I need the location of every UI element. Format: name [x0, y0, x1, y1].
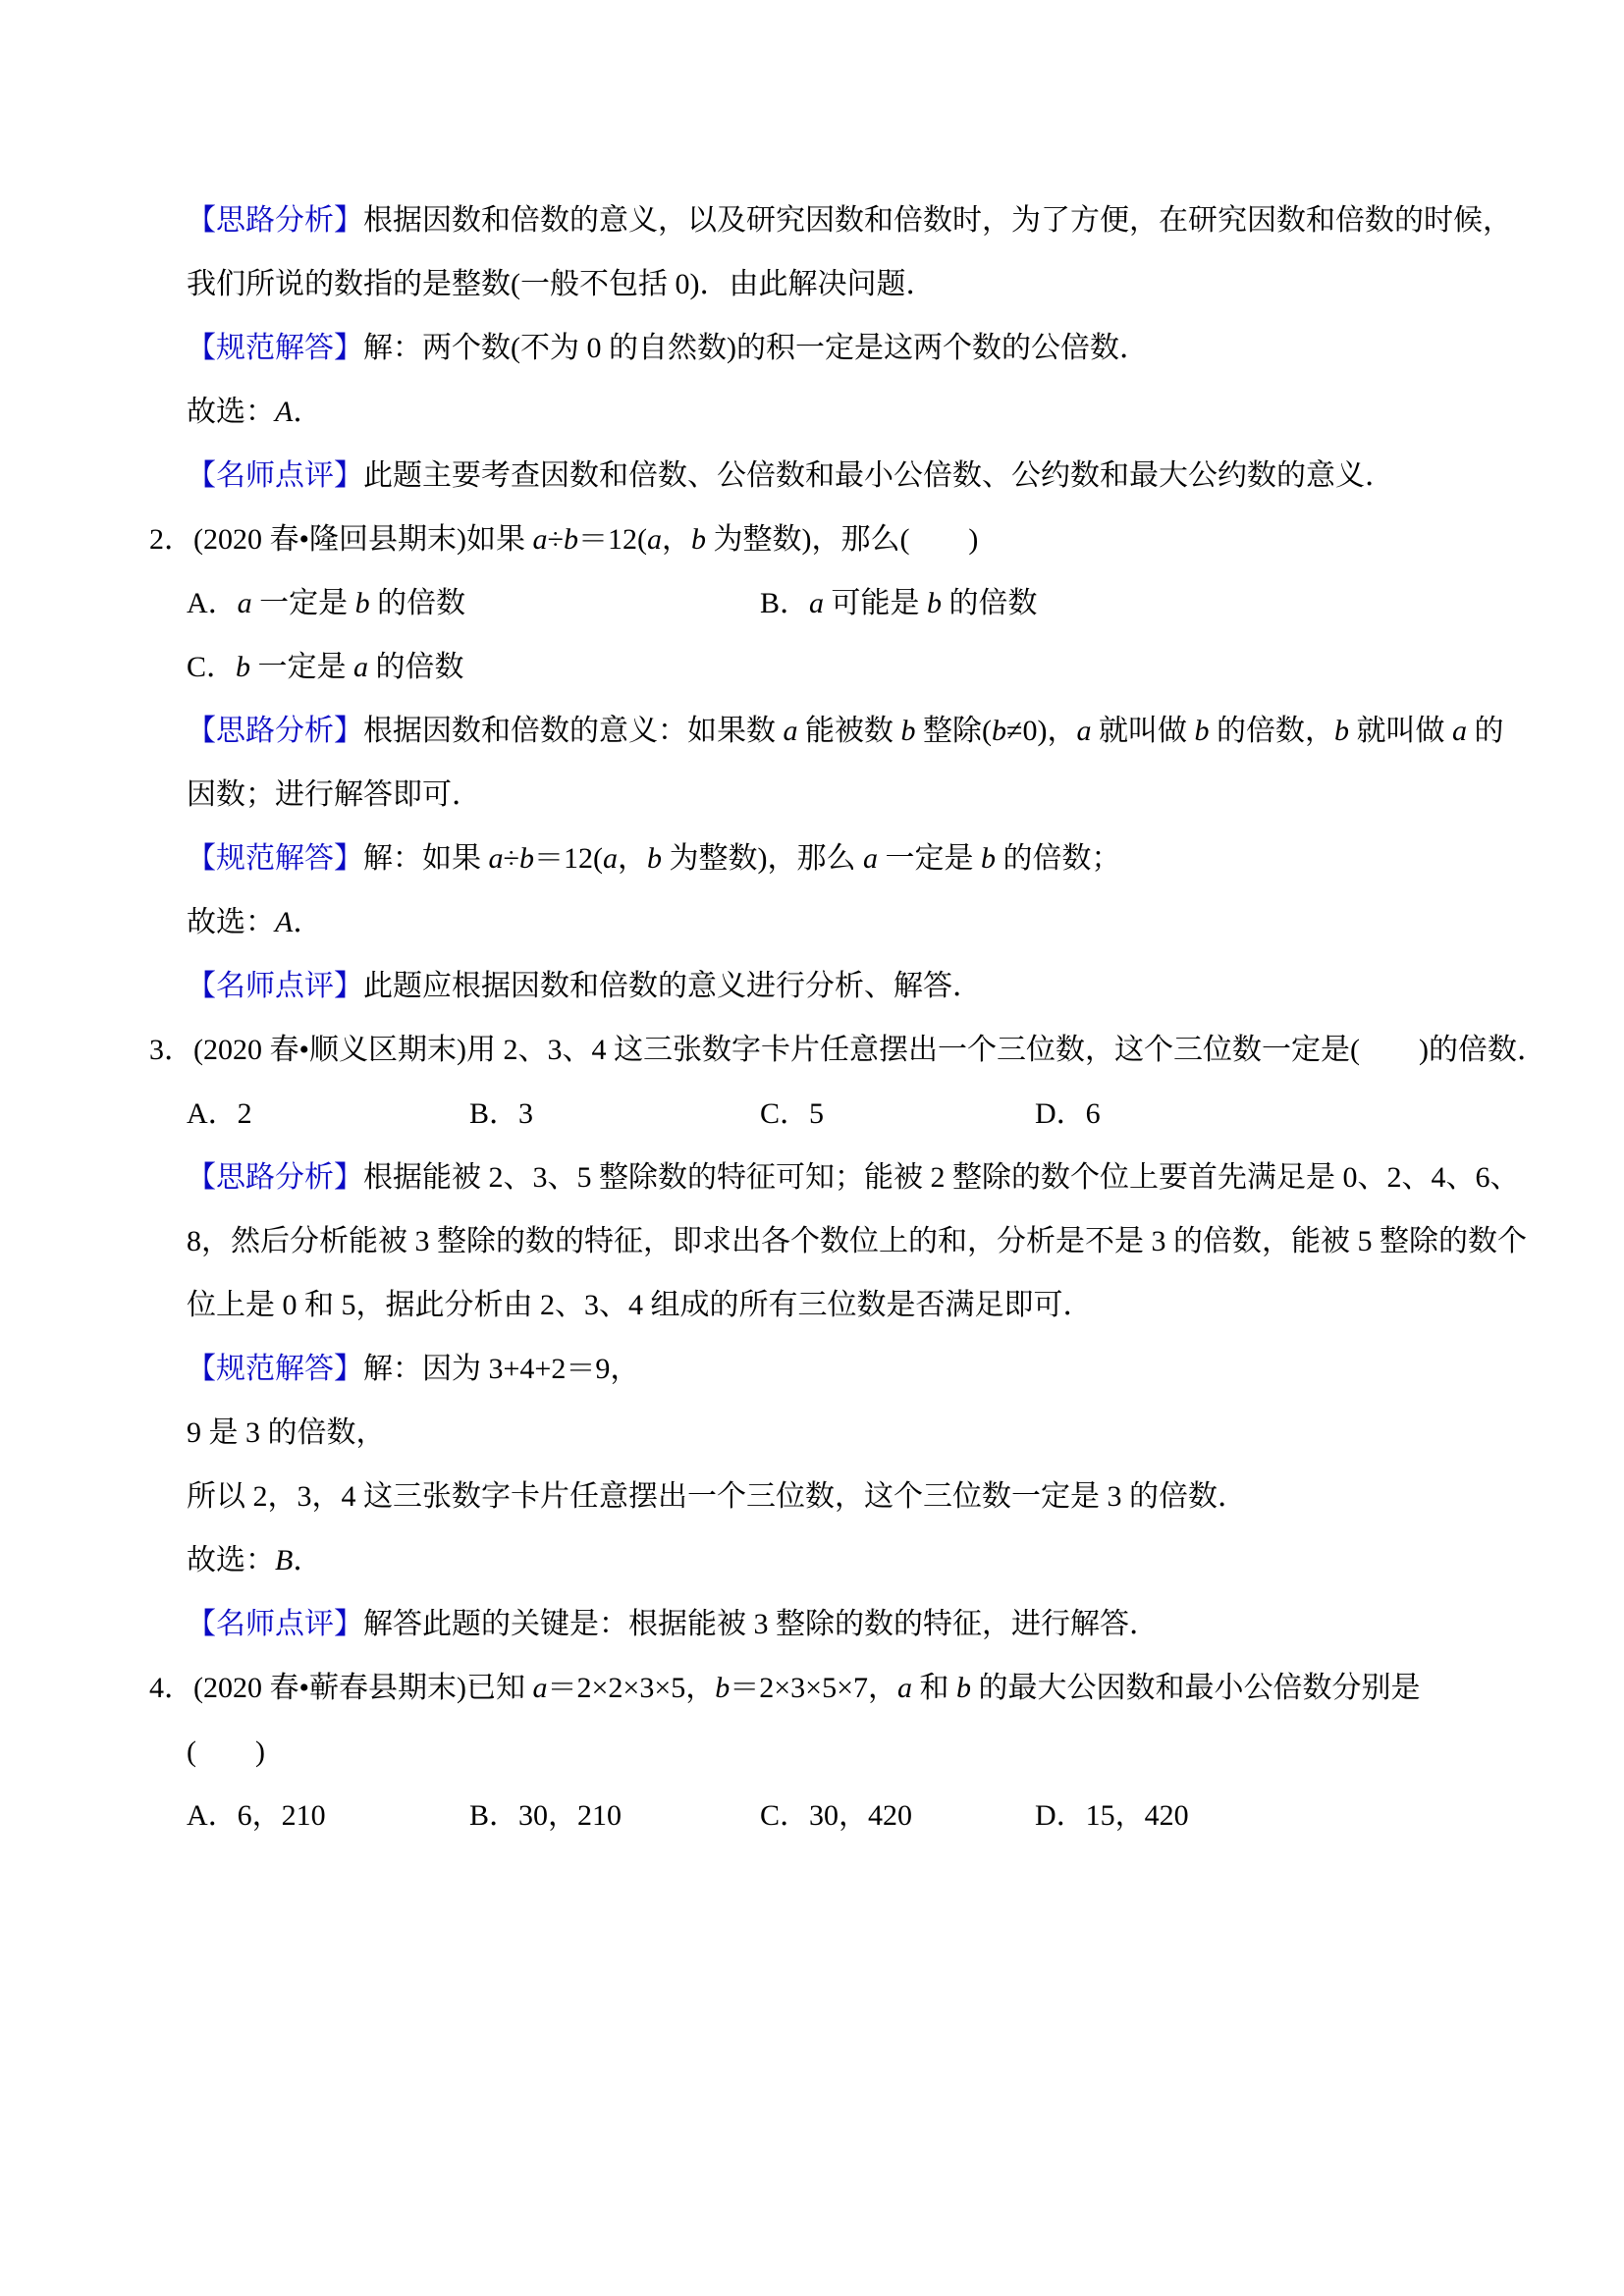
- text-run: 一定是: [878, 842, 981, 875]
- document-body: 【思路分析】根据因数和倍数的意义，以及研究因数和倍数时，为了方便，在研究因数和倍…: [0, 188, 1624, 1847]
- question-line: 4．(2020 春•蕲春县期末)已知 a＝2×2×3×5，b＝2×3×5×7，a…: [149, 1656, 1624, 1720]
- section-label: 【思路分析】: [187, 204, 363, 237]
- text-run: 此题应根据因数和倍数的意义进行分析、解答．: [363, 970, 982, 1002]
- choice-option: B．3: [469, 1082, 533, 1146]
- text-run: 的倍数: [370, 587, 466, 619]
- math-variable: a: [784, 715, 798, 747]
- doc-line: 【思路分析】根据因数和倍数的意义，以及研究因数和倍数时，为了方便，在研究因数和倍…: [187, 188, 1624, 252]
- doc-line: 故选：A．: [187, 380, 1624, 444]
- text-run: 可能是: [824, 587, 927, 619]
- choice-option: D．6: [1035, 1082, 1101, 1146]
- doc-line: 9 是 3 的倍数，: [187, 1401, 1624, 1465]
- text-run: 能被数: [798, 715, 901, 747]
- section-label: 【规范解答】: [187, 842, 363, 875]
- text-run: 8，然后分析能被 3 整除的数的特征，即求出各个数位上的和，分析是不是 3 的倍…: [187, 1225, 1527, 1257]
- choice-option: B．a 可能是 b 的倍数: [760, 571, 1038, 635]
- doc-line: 所以 2，3，4 这三张数字卡片任意摆出一个三位数，这个三位数一定是 3 的倍数…: [187, 1465, 1624, 1528]
- doc-line: 我们所说的数指的是整数(一般不包括 0)．由此解决问题．: [187, 252, 1624, 316]
- text-run: 就叫做: [1091, 715, 1194, 747]
- math-variable: A: [275, 906, 293, 938]
- question-line: 3．(2020 春•顺义区期末)用 2、3、4 这三张数字卡片任意摆出一个三位数…: [149, 1018, 1624, 1082]
- doc-line: ( ): [187, 1720, 1624, 1784]
- math-variable: b: [956, 1672, 971, 1704]
- math-variable: b: [1334, 715, 1349, 747]
- choice-option: A．2: [187, 1082, 252, 1146]
- math-variable: a: [532, 1672, 547, 1704]
- text-run: ( ): [187, 1735, 265, 1768]
- section-label: 【名师点评】: [187, 1608, 363, 1640]
- text-run: 解答此题的关键是：根据能被 3 整除的数的特征，进行解答．: [363, 1608, 1159, 1640]
- section-label: 【规范解答】: [187, 1353, 363, 1385]
- text-run: 的最大公因数和最小公倍数分别是: [971, 1672, 1421, 1704]
- section-label: 【思路分析】: [187, 1161, 363, 1194]
- text-run: 故选：: [187, 396, 275, 428]
- text-run: 为整数)，那么: [662, 842, 863, 875]
- math-variable: a: [603, 842, 618, 875]
- text-run: 解：因为 3+4+2＝9，: [363, 1353, 639, 1385]
- doc-line: 故选：B．: [187, 1528, 1624, 1592]
- text-run: 故选：: [187, 1544, 275, 1576]
- doc-line: 【思路分析】根据因数和倍数的意义：如果数 a 能被数 b 整除(b≠0)，a 就…: [187, 699, 1624, 763]
- choices-line: A．2B．3C．5D．6: [187, 1082, 1624, 1146]
- doc-line: 【规范解答】解：因为 3+4+2＝9，: [187, 1337, 1624, 1401]
- math-variable: b: [519, 842, 534, 875]
- math-variable: b: [981, 842, 996, 875]
- text-run: ．: [293, 1544, 322, 1576]
- text-run: 一定是: [252, 587, 355, 619]
- text-run: 的倍数，: [1209, 715, 1334, 747]
- text-run: D．15，420: [1035, 1799, 1189, 1832]
- math-variable: a: [353, 651, 368, 683]
- text-run: 我们所说的数指的是整数(一般不包括 0)．由此解决问题．: [187, 268, 935, 300]
- text-run: A．2: [187, 1097, 252, 1130]
- text-run: ≠0)，: [1006, 715, 1076, 747]
- math-variable: b: [691, 523, 706, 556]
- text-run: C．5: [760, 1097, 824, 1130]
- text-run: ＝2×2×3×5，: [547, 1672, 715, 1704]
- choice-option: C．5: [760, 1082, 824, 1146]
- text-run: 根据因数和倍数的意义，以及研究因数和倍数时，为了方便，在研究因数和倍数的时候，: [363, 204, 1512, 237]
- choice-option: A．a 一定是 b 的倍数: [187, 571, 465, 635]
- text-run: 一定是: [250, 651, 353, 683]
- section-label: 【规范解答】: [187, 332, 363, 364]
- text-run: ．: [293, 396, 322, 428]
- text-run: C．30，420: [760, 1799, 912, 1832]
- math-variable: a: [863, 842, 878, 875]
- doc-line: 【规范解答】解：如果 a÷b＝12(a，b 为整数)，那么 a 一定是 b 的倍…: [187, 827, 1624, 890]
- text-run: 因数；进行解答即可．: [187, 778, 481, 811]
- text-run: 解：两个数(不为 0 的自然数)的积一定是这两个数的公倍数．: [363, 332, 1149, 364]
- text-run: 故选：: [187, 906, 275, 938]
- math-variable: a: [1076, 715, 1091, 747]
- text-run: C．: [187, 651, 236, 683]
- text-run: ÷: [547, 523, 563, 556]
- text-run: 4．(2020 春•蕲春县期末)已知: [149, 1672, 532, 1704]
- text-run: 为整数)，那么( ): [706, 523, 978, 556]
- text-run: B．30，210: [469, 1799, 622, 1832]
- choices-line: C．b 一定是 a 的倍数: [187, 635, 1624, 699]
- choices-line: A．6，210B．30，210C．30，420D．15，420: [187, 1784, 1624, 1847]
- section-label: 【思路分析】: [187, 715, 363, 747]
- math-variable: b: [1194, 715, 1209, 747]
- choice-option: C．30，420: [760, 1784, 912, 1847]
- math-variable: a: [647, 523, 662, 556]
- math-variable: a: [809, 587, 824, 619]
- text-run: ＝12(: [534, 842, 603, 875]
- doc-line: 【思路分析】根据能被 2、3、5 整除数的特征可知；能被 2 整除的数个位上要首…: [187, 1146, 1624, 1209]
- math-variable: b: [236, 651, 250, 683]
- section-label: 【名师点评】: [187, 970, 363, 1002]
- math-variable: a: [1452, 715, 1467, 747]
- math-variable: b: [647, 842, 662, 875]
- choice-option: D．15，420: [1035, 1784, 1189, 1847]
- text-run: ÷: [504, 842, 519, 875]
- math-variable: b: [355, 587, 370, 619]
- text-run: 整除(: [916, 715, 993, 747]
- choice-option: A．6，210: [187, 1784, 326, 1847]
- text-run: ＝2×3×5×7，: [730, 1672, 897, 1704]
- text-run: 的倍数: [942, 587, 1038, 619]
- text-run: 的倍数；: [996, 842, 1121, 875]
- math-variable: a: [897, 1672, 912, 1704]
- math-variable: A: [275, 396, 293, 428]
- text-run: 3．(2020 春•顺义区期末)用 2、3、4 这三张数字卡片任意摆出一个三位数…: [149, 1034, 1546, 1066]
- text-run: 的倍数: [368, 651, 464, 683]
- text-run: 根据因数和倍数的意义：如果数: [363, 715, 784, 747]
- text-run: A．6，210: [187, 1799, 326, 1832]
- doc-line: 因数；进行解答即可．: [187, 763, 1624, 827]
- question-line: 2．(2020 春•隆回县期末)如果 a÷b＝12(a，b 为整数)，那么( ): [149, 507, 1624, 571]
- text-run: A．: [187, 587, 238, 619]
- text-run: 9 是 3 的倍数，: [187, 1416, 386, 1449]
- text-run: 位上是 0 和 5，据此分析由 2、3、4 组成的所有三位数是否满足即可．: [187, 1289, 1093, 1321]
- doc-line: 位上是 0 和 5，据此分析由 2、3、4 组成的所有三位数是否满足即可．: [187, 1273, 1624, 1337]
- choice-option: C．b 一定是 a 的倍数: [187, 635, 464, 699]
- math-variable: a: [532, 523, 547, 556]
- text-run: 和: [912, 1672, 956, 1704]
- text-run: ，: [662, 523, 691, 556]
- math-variable: b: [992, 715, 1006, 747]
- text-run: 所以 2，3，4 这三张数字卡片任意摆出一个三位数，这个三位数一定是 3 的倍数…: [187, 1480, 1247, 1513]
- text-run: B．: [760, 587, 809, 619]
- choice-option: B．30，210: [469, 1784, 622, 1847]
- text-run: 此题主要考查因数和倍数、公倍数和最小公倍数、公约数和最大公约数的意义．: [363, 459, 1394, 492]
- text-run: 解：如果: [363, 842, 489, 875]
- math-variable: b: [901, 715, 916, 747]
- doc-line: 【名师点评】解答此题的关键是：根据能被 3 整除的数的特征，进行解答．: [187, 1592, 1624, 1656]
- text-run: 根据能被 2、3、5 整除数的特征可知；能被 2 整除的数个位上要首先满足是 0…: [363, 1161, 1520, 1194]
- document-page: 【思路分析】根据因数和倍数的意义，以及研究因数和倍数时，为了方便，在研究因数和倍…: [0, 0, 1624, 2296]
- math-variable: b: [564, 523, 578, 556]
- math-variable: b: [715, 1672, 730, 1704]
- text-run: 2．(2020 春•隆回县期末)如果: [149, 523, 532, 556]
- text-run: ．: [293, 906, 322, 938]
- doc-line: 【名师点评】此题应根据因数和倍数的意义进行分析、解答．: [187, 954, 1624, 1018]
- math-variable: B: [275, 1544, 293, 1576]
- math-variable: a: [238, 587, 252, 619]
- math-variable: a: [489, 842, 504, 875]
- choices-line: A．a 一定是 b 的倍数B．a 可能是 b 的倍数: [187, 571, 1624, 635]
- text-run: ，: [618, 842, 647, 875]
- section-label: 【名师点评】: [187, 459, 363, 492]
- doc-line: 8，然后分析能被 3 整除的数的特征，即求出各个数位上的和，分析是不是 3 的倍…: [187, 1209, 1624, 1273]
- text-run: D．6: [1035, 1097, 1101, 1130]
- text-run: ＝12(: [578, 523, 647, 556]
- text-run: B．3: [469, 1097, 533, 1130]
- doc-line: 【规范解答】解：两个数(不为 0 的自然数)的积一定是这两个数的公倍数．: [187, 316, 1624, 380]
- math-variable: b: [927, 587, 942, 619]
- doc-line: 【名师点评】此题主要考查因数和倍数、公倍数和最小公倍数、公约数和最大公约数的意义…: [187, 444, 1624, 507]
- text-run: 的: [1467, 715, 1504, 747]
- text-run: 就叫做: [1349, 715, 1452, 747]
- doc-line: 故选：A．: [187, 890, 1624, 954]
